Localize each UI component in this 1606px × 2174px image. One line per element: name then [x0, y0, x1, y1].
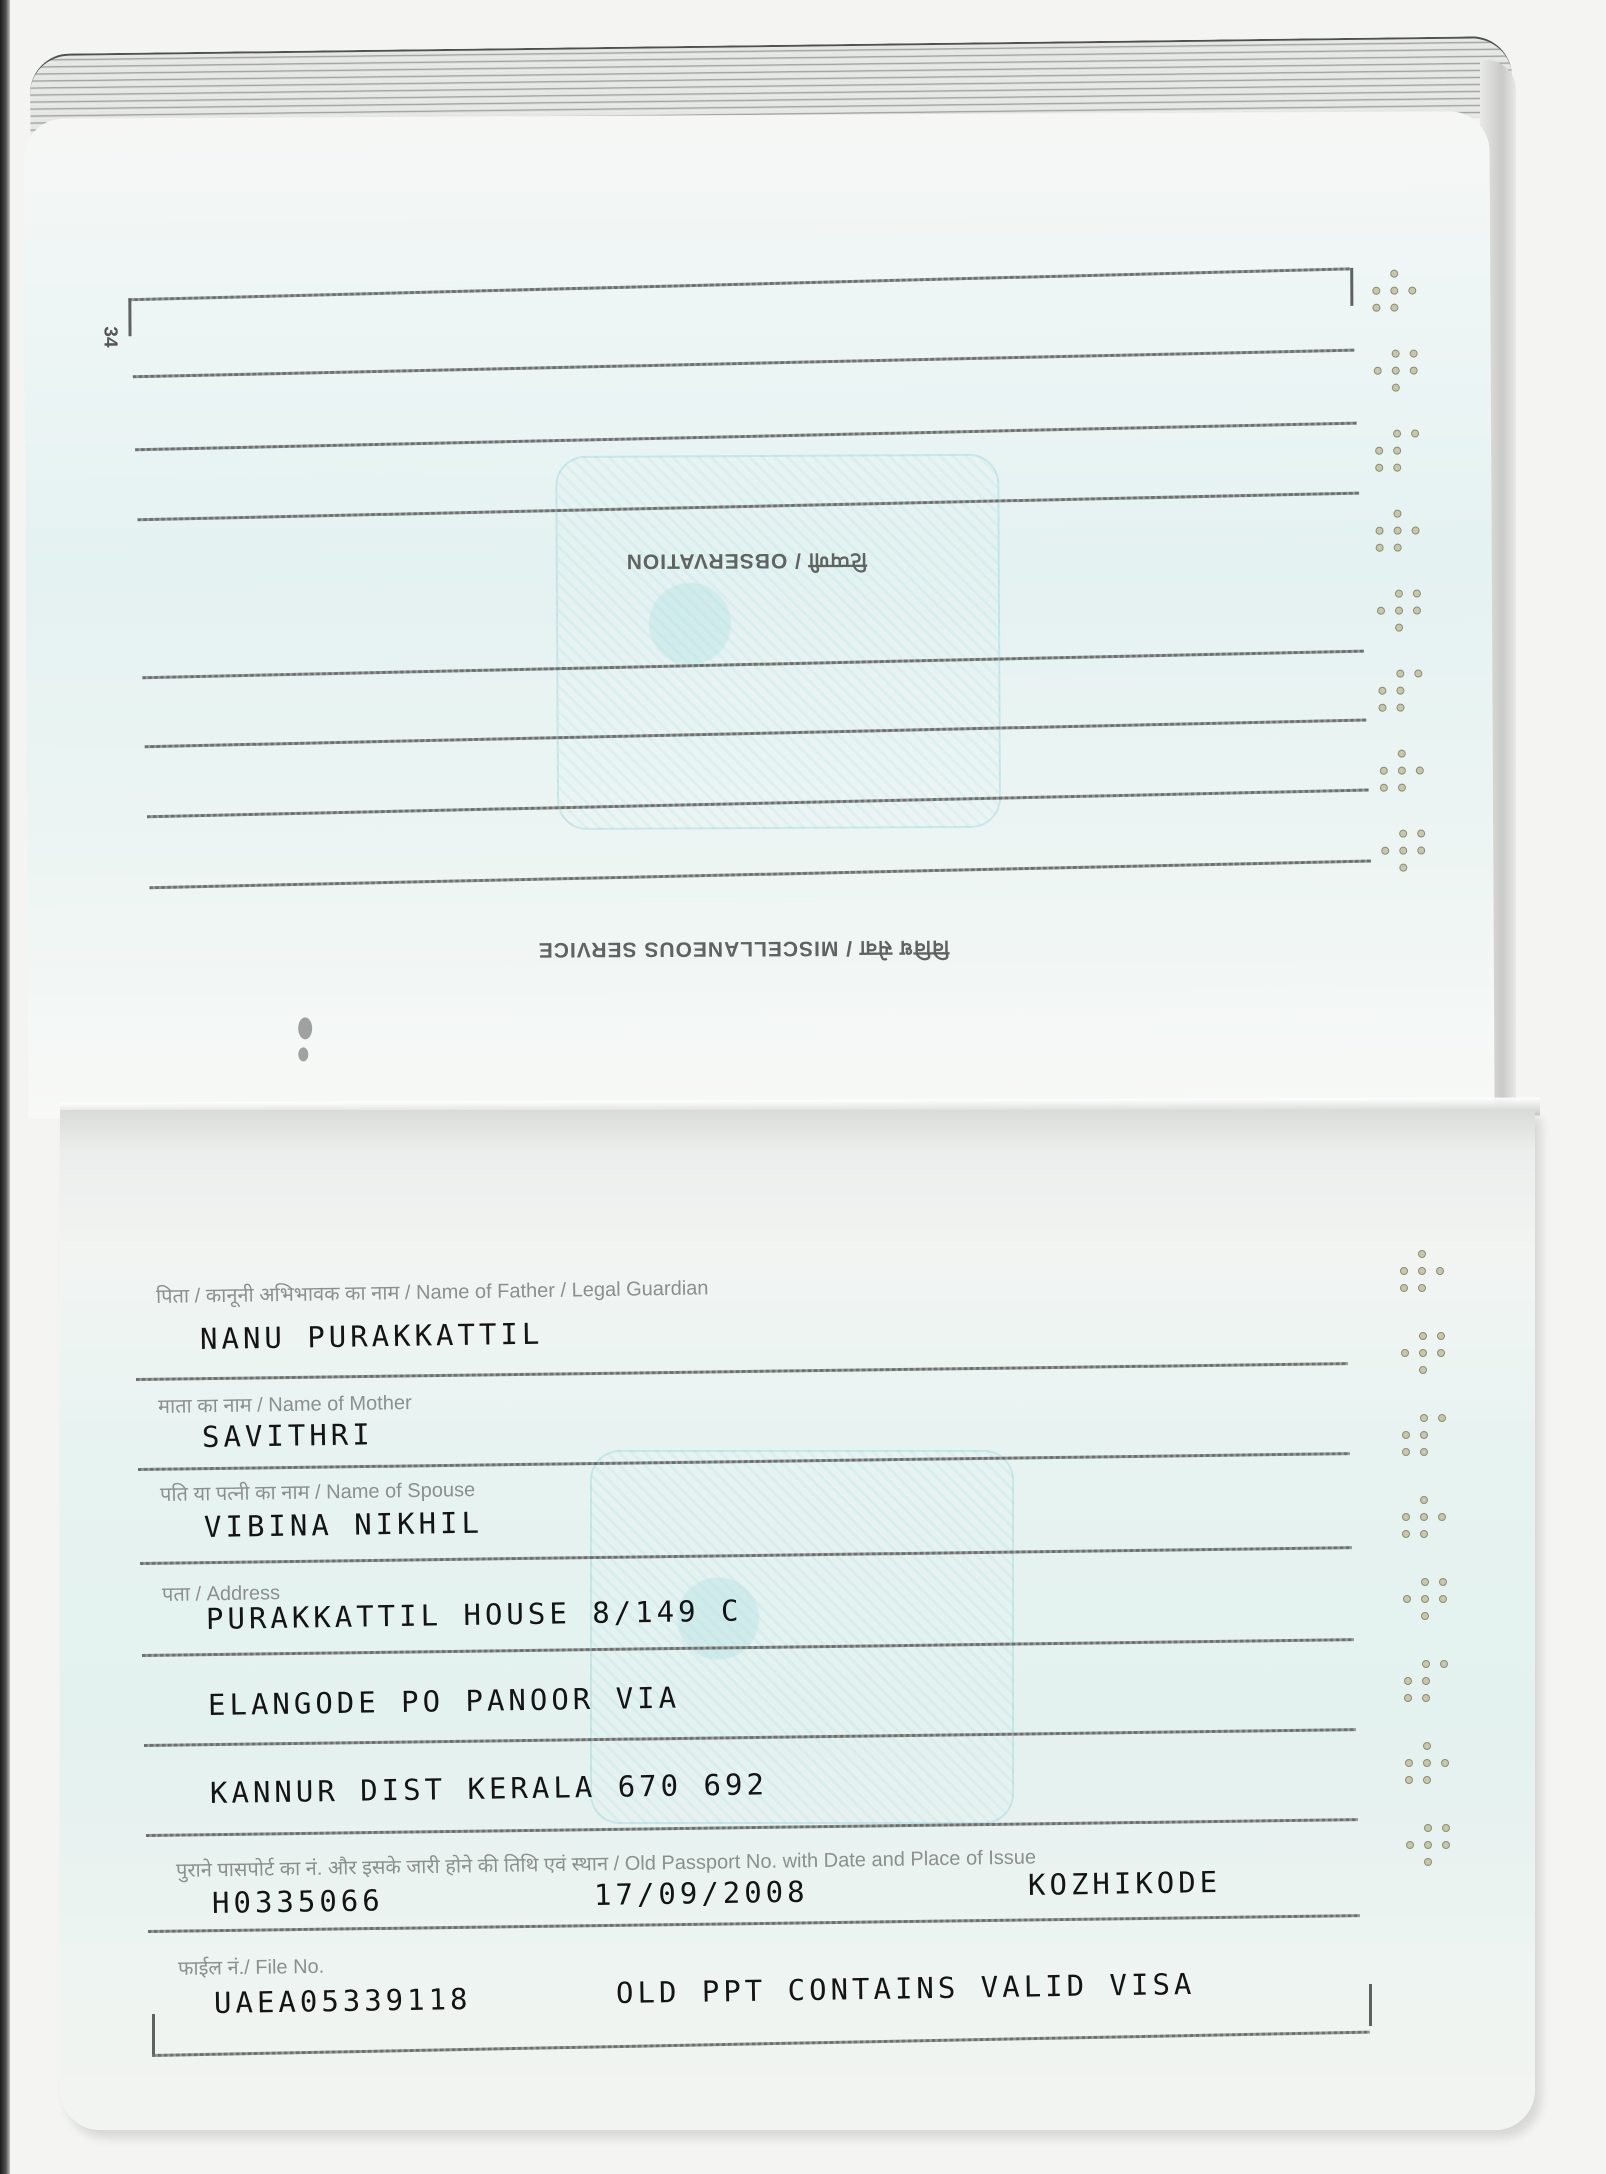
perforation-dot: [1372, 287, 1380, 295]
perforation-dot: [1439, 1595, 1447, 1603]
perforation-dot: [1398, 750, 1406, 758]
ink-smudge: [298, 1017, 312, 1039]
perforation-dot: [1424, 1858, 1432, 1866]
perforation-dot: [1422, 1677, 1430, 1685]
old-passport-place: KOZHIKODE: [1028, 1865, 1222, 1902]
emblem-watermark: [590, 1450, 1014, 1824]
perforation-dot: [1437, 1349, 1445, 1357]
perforation-dot: [1393, 430, 1401, 438]
perforation-dot: [1380, 767, 1388, 775]
rule-bracket-top: [128, 267, 1350, 301]
perforation-dot: [1398, 784, 1406, 792]
perforation-dot: [1395, 607, 1403, 615]
perforation-dot: [1402, 1448, 1410, 1456]
perforation-dot: [1442, 1824, 1450, 1832]
perforation-dot: [1392, 367, 1400, 375]
bottom-page: पिता / कानूनी अभिभावक का नाम / Name of F…: [60, 1110, 1535, 2130]
perforation-dot: [1410, 367, 1418, 375]
misc-service-label: विविध सेवा / MISCELLANEOUS SERVICE: [538, 934, 950, 964]
perforation-dot: [1437, 1332, 1445, 1340]
perforation-dot: [1394, 544, 1402, 552]
perforation-dot: [1402, 1431, 1410, 1439]
perforation-dot: [1420, 1431, 1428, 1439]
perforation-dot: [1416, 767, 1424, 775]
perforation-dot: [1413, 607, 1421, 615]
page-number: 34: [98, 326, 120, 347]
rule-bracket-bottom: [152, 2031, 1370, 2057]
perforation-dot: [1392, 384, 1400, 392]
spouse-label: पति या पत्नी का नाम / Name of Spouse: [160, 1475, 476, 1507]
perforation-dot: [1399, 847, 1407, 855]
perforation-dot: [1390, 287, 1398, 295]
perforation-dot: [1375, 447, 1383, 455]
perforation-dot: [1423, 1742, 1431, 1750]
mother-label: माता का नाम / Name of Mother: [158, 1388, 412, 1419]
perforation-dot: [1378, 704, 1386, 712]
perforation-dot: [1438, 1513, 1446, 1521]
perforation-dot: [1419, 1366, 1427, 1374]
perforation-dot: [1412, 527, 1420, 535]
rule-line: [133, 349, 1355, 379]
perforation-dot: [1418, 1250, 1426, 1258]
bracket-tick-left: [152, 2014, 155, 2056]
perforation-dot: [1409, 350, 1417, 358]
perforation-dot: [1378, 687, 1386, 695]
perforation-dot: [1438, 1414, 1446, 1422]
perforation-dot: [1400, 1267, 1408, 1275]
perforation-dot: [1440, 1660, 1448, 1668]
perforation-dot: [1423, 1776, 1431, 1784]
father-value: NANU PURAKKATTIL: [200, 1317, 544, 1356]
perforation-dot: [1422, 1694, 1430, 1702]
perforation-dot: [1419, 1332, 1427, 1340]
perforation-dot: [1395, 590, 1403, 598]
file-number-value: UAEA05339118: [214, 1982, 472, 2020]
ink-smudge: [298, 1047, 308, 1061]
old-passport-number: H0335066: [212, 1883, 384, 1920]
perforation-dot: [1390, 304, 1398, 312]
bracket-tick-right: [1369, 1984, 1372, 2026]
perforation-dot: [1399, 830, 1407, 838]
perforation-dot: [1414, 670, 1422, 678]
perforation-dot: [1441, 1759, 1449, 1767]
rule-line: [136, 1362, 1348, 1381]
perforation-dot: [1420, 1414, 1428, 1422]
bracket-tick-right: [1350, 268, 1353, 306]
perforation-dot: [1442, 1841, 1450, 1849]
perforation-dot: [1439, 1578, 1447, 1586]
perforation-dot: [1381, 847, 1389, 855]
perforation-dot: [1377, 607, 1385, 615]
perforation-dot: [1374, 367, 1382, 375]
perforation-dot: [1372, 304, 1380, 312]
perforation-dot: [1418, 1284, 1426, 1292]
perforation-dot: [1417, 830, 1425, 838]
perforation-dot: [1393, 464, 1401, 472]
perforation-dot: [1404, 1694, 1412, 1702]
perforation-dot: [1396, 670, 1404, 678]
perforation-dot: [1420, 1513, 1428, 1521]
mother-value: SAVITHRI: [202, 1417, 374, 1454]
observation-label: टिप्पणी / OBSERVATION: [626, 546, 867, 575]
perforation-dot: [1413, 590, 1421, 598]
perforation-dot: [1375, 464, 1383, 472]
perforation-dot: [1421, 1595, 1429, 1603]
perforation-dot: [1420, 1530, 1428, 1538]
perforation-dot: [1376, 544, 1384, 552]
perforation-dot: [1422, 1660, 1430, 1668]
perforation-dot: [1390, 270, 1398, 278]
perforation-dot: [1404, 1677, 1412, 1685]
perforation-dot: [1376, 527, 1384, 535]
perforation-dot: [1402, 1530, 1410, 1538]
perforation-dot: [1421, 1578, 1429, 1586]
perforation-dot: [1394, 527, 1402, 535]
rule-line: [135, 422, 1357, 452]
perforation-dot: [1398, 767, 1406, 775]
perforation-dot: [1420, 1448, 1428, 1456]
bracket-tick-left: [128, 298, 131, 336]
scan-edge: [0, 0, 10, 2174]
perforation-dot: [1424, 1824, 1432, 1832]
spouse-value: VIBINA NIKHIL: [204, 1506, 483, 1544]
perforation-dot: [1406, 1841, 1414, 1849]
father-label: पिता / कानूनी अभिभावक का नाम / Name of F…: [156, 1273, 709, 1309]
perforation-dot: [1380, 784, 1388, 792]
perforation-dot: [1395, 624, 1403, 632]
perforation-dot: [1405, 1759, 1413, 1767]
perforation-dot: [1411, 430, 1419, 438]
perforation-dot: [1400, 1284, 1408, 1292]
perforation-dot: [1394, 510, 1402, 518]
perforation-dot: [1436, 1267, 1444, 1275]
perforation-dot: [1424, 1841, 1432, 1849]
perforation-dot: [1419, 1349, 1427, 1357]
perforation-dot: [1423, 1759, 1431, 1767]
perforation-dot: [1405, 1776, 1413, 1784]
perforation-dot: [1402, 1513, 1410, 1521]
perforation-dot: [1399, 864, 1407, 872]
perforation-dot: [1418, 1267, 1426, 1275]
perforation-dot: [1417, 847, 1425, 855]
top-page: 34 टिप्पणी / OBSERVATION विविध सेवा / MI…: [23, 111, 1494, 1119]
rule-line: [149, 860, 1371, 890]
file-remark: OLD PPT CONTAINS VALID VISA: [616, 1967, 1196, 2010]
perforation-dot: [1408, 287, 1416, 295]
perforation-dot: [1421, 1612, 1429, 1620]
perforation-dot: [1396, 704, 1404, 712]
file-number-label: फाईल नं./ File No.: [178, 1952, 325, 1981]
perforation-dot: [1401, 1349, 1409, 1357]
perforation-dot: [1420, 1496, 1428, 1504]
perforation-dot: [1403, 1595, 1411, 1603]
perforation-dot: [1393, 447, 1401, 455]
perforation-dot: [1391, 350, 1399, 358]
perforation-dot: [1396, 687, 1404, 695]
old-passport-date: 17/09/2008: [594, 1875, 809, 1912]
